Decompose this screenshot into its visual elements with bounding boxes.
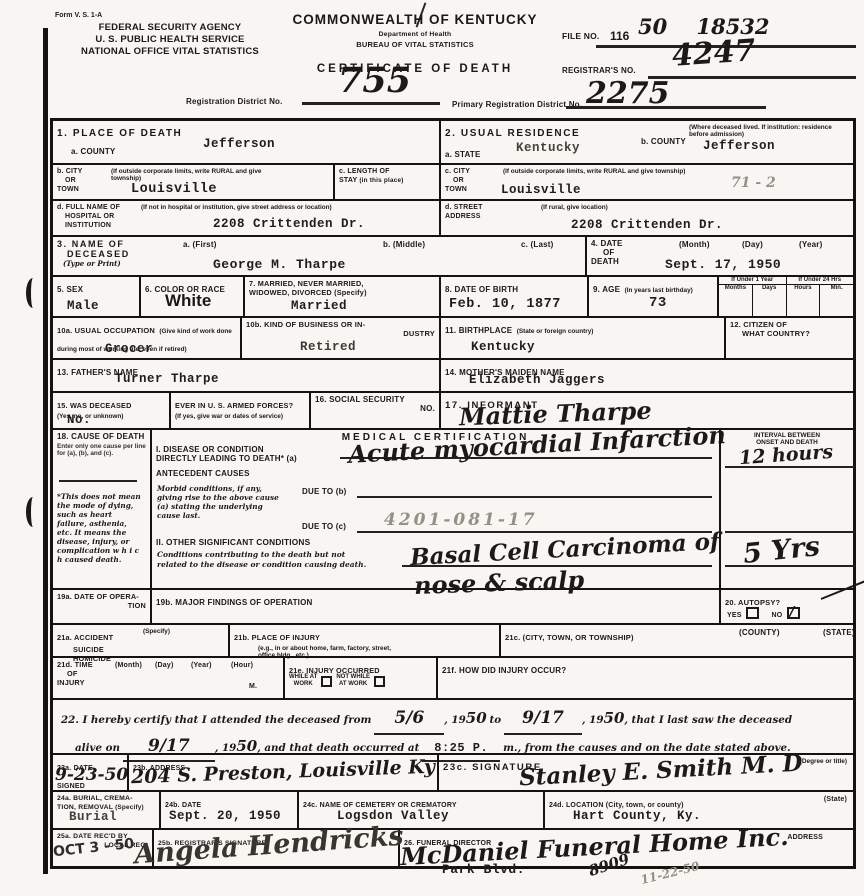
hospital-note: (If not in hospital or institution, give… [141,204,401,211]
hours-label: Hours [786,285,820,316]
autopsy-yes-label: YES [727,612,742,619]
file-no-label: FILE NO. [562,32,600,41]
field-interval: INTERVAL BETWEEN ONSET AND DEATH 12 hour… [719,430,853,588]
death-certificate-document: Form V. S. 1-A FEDERAL SECURITY AGENCY U… [0,0,864,896]
dod-label-1: 4. DATE [591,239,622,248]
cause-title: 18. CAUSE OF DEATH [57,432,146,441]
field-age-subboxes: If Under 1 Year If Under 24 Hrs Months D… [717,277,853,316]
months-label: Months [719,285,752,316]
burial-note: (Specify) [115,804,144,811]
operation-date-label-1: 19a. DATE OF OPERA- [57,592,146,601]
length-of-stay-note: (in this place) [359,177,403,184]
field-address-signed: 23b. ADDRESS 204 S. Preston, Louisville … [127,755,437,790]
scan-mark [26,497,40,527]
city-label-1: b. CITY [57,167,83,176]
field-burial-type: 24a. BURIAL, CREMA- TION, REMOVAL (Speci… [53,792,159,828]
address-signed-value: 204 S. Preston, Louisville Ky [131,756,436,789]
primary-district-line [566,106,766,109]
field-date-signed: 23a. DATE SIGNED 9-23-50 [53,755,127,790]
county-label: a. COUNTY [71,147,115,156]
dob-label: 8. DATE OF BIRTH [445,285,518,294]
field-usual-residence: 2. USUAL RESIDENCE (Where deceased lived… [439,121,853,163]
time-injury-label-2: OF [67,669,93,678]
state-value: Kentucky [516,141,580,155]
due-to-b-line [357,496,712,498]
row-father-mother: 13. FATHER'S NAME Turner Tharpe 14. MOTH… [53,358,853,391]
not-while-at-work-label-1: NOT WHILE [336,674,370,681]
field-date-of-operation: 19a. DATE OF OPERA- TION [53,590,150,623]
not-while-at-work-checkbox [374,676,385,687]
dept-line: Department of Health [270,30,560,39]
autopsy-no-checkbox: / [787,607,800,619]
title-block: COMMONWEALTH OF KENTUCKY Department of H… [270,12,560,75]
middle-name-label: b. (Middle) [383,240,425,249]
row-cause-of-death: 18. CAUSE OF DEATH Enter only one cause … [53,428,853,588]
dod-month-label: (Month) [679,240,710,249]
row-hospital-street: d. FULL NAME OF HOSPITAL OR INSTITUTION … [53,199,853,235]
industry-value: Retired [300,340,356,354]
name-sub-label: (Type or Print) [63,259,130,268]
certificate-form: 1. PLACE OF DEATH a. COUNTY Jefferson 2.… [50,118,856,869]
primary-district-label: Primary Registration District No. [452,100,582,109]
time-injury-label-1: 21d. TIME [57,660,93,669]
field-citizen: 12. CITIZEN OF WHAT COUNTRY? [724,318,853,358]
dod-day-label: (Day) [742,240,763,249]
field-autopsy: 20. AUTOPSY? YES NO / [719,590,853,623]
name-label-1: 3. NAME OF [57,239,130,249]
under-1-year-label: If Under 1 Year [719,277,787,284]
row-accident-placeofinjury: 21a. ACCIDENT (Specify) SUICIDE HOMICIDE… [53,623,853,656]
place-of-death-title: 1. PLACE OF DEATH [57,128,182,139]
due-to-b-label: DUE TO (b) [302,487,347,496]
hospital-label-3: INSTITUTION [65,221,120,230]
hospital-label-2: HOSPITAL OR [65,212,120,221]
certify-text-4: , 19 [582,714,604,726]
marital-value: Married [291,299,347,313]
length-of-stay-label: c. LENGTH OF [339,167,435,176]
other-conditions-note-2: related to the disease or condition caus… [157,560,366,569]
city-value: Louisville [131,182,217,197]
row-registrar-funeral: 25a. DATE REC'D BY LOCAL REG. OCT 3 - 50… [53,828,853,866]
field-medical-certification: MEDICAL CERTIFICATION I. DISEASE OR COND… [150,430,719,588]
time-injury-label-3: INJURY [57,678,93,687]
hospital-value: 2208 Crittenden Dr. [213,217,365,231]
street-label-1: d. STREET [445,203,483,212]
hospital-label-1: d. FULL NAME OF [57,203,120,212]
age-value: 73 [649,295,667,311]
industry-label-1: 10b. KIND OF BUSINESS OR IN- [246,320,435,329]
burial-location-state-label: (State) [824,795,847,804]
ssn-label-1: 16. SOCIAL SECURITY [315,395,435,404]
document-title: COMMONWEALTH OF KENTUCKY [270,12,560,27]
interval-label-1: INTERVAL BETWEEN [725,432,849,439]
state-label: a. STATE [445,150,481,159]
certify-text-2: , 19 [444,714,466,726]
field-injury-city: 21c. (CITY, TOWN, OR TOWNSHIP) (COUNTY) … [499,625,853,656]
race-value: White [165,291,211,311]
agency-block: FEDERAL SECURITY AGENCY U. S. PUBLIC HEA… [55,22,285,58]
field-ssn: 16. SOCIAL SECURITY NO. [309,393,439,428]
burial-location-value: Hart County, Ky. [573,809,701,823]
dob-value: Feb. 10, 1877 [449,297,561,312]
name-label-2: DECEASED [67,249,130,259]
certificate-title: CERTIFICATE OF DEATH [270,63,560,75]
residence-county-value: Jefferson [703,139,775,153]
field-armed-forces-left: 15. WAS DECEASED (Yes, no, or unknown) N… [53,393,169,428]
due-to-c-value: 4201-081-17 [384,510,538,530]
agency-line-3: NATIONAL OFFICE VITAL STATISTICS [55,46,285,58]
row-place-residence-top: 1. PLACE OF DEATH a. COUNTY Jefferson 2.… [53,121,853,163]
cause-footnote: *This does not mean the mode of dying, s… [57,492,143,564]
registrar-no-label: REGISTRAR'S NO. [562,66,636,75]
field-sex: 5. SEX Male [53,277,139,316]
field-length-of-stay: c. LENGTH OF STAY (in this place) [333,165,439,199]
interval-line-2 [725,531,855,533]
scan-edge-artifact [43,28,48,874]
county-value: Jefferson [203,137,275,151]
occupation-value: Grocer [105,342,153,356]
street-label-2: ADDRESS [445,212,483,221]
while-at-work-label-2: WORK [289,681,317,688]
row-timeofinjury-how: 21d. TIME OF INJURY (Month) (Day) (Year)… [53,656,853,698]
armed-forces-label-2: EVER IN U. S. ARMED FORCES? [175,401,293,410]
injury-city-label: 21c. (CITY, TOWN, OR TOWNSHIP) [505,633,634,642]
row-burial: 24a. BURIAL, CREMA- TION, REMOVAL (Speci… [53,790,853,828]
time-injury-day: (Day) [155,661,174,670]
residence-city-value: Louisville [501,183,581,197]
autopsy-no-label: NO [772,612,783,619]
field-name-of-deceased: 3. NAME OF DECEASED (Type or Print) a. (… [53,237,585,275]
registrar-no-line [648,76,856,79]
due-to-c-label: DUE TO (c) [302,522,346,531]
certify-to-year: 50 [604,709,625,727]
while-at-work-label-1: WHILE AT [289,674,317,681]
last-name-label: c. (Last) [521,240,553,249]
field-age: 9. AGE (In years last birthday) 73 [587,277,717,316]
field-street-address: d. STREET ADDRESS (If rural, give locati… [439,201,853,235]
burial-date-value: Sept. 20, 1950 [169,809,281,823]
residence-city-label-1: c. CITY [445,167,470,176]
while-at-work-checkbox [321,676,332,687]
cause-divider [59,480,137,482]
residence-city-label-2: OR [453,176,470,185]
morbid-note: Morbid conditions, if any, giving rise t… [157,484,285,520]
time-injury-month: (Month) [115,661,142,670]
burial-location-label: 24d. LOCATION (City, town, or county) [549,802,684,809]
field-father-name: 13. FATHER'S NAME Turner Tharpe [53,360,439,391]
field-place-of-injury: 21b. PLACE OF INJURY (e.g., in or about … [228,625,499,656]
sex-label: 5. SEX [57,285,83,294]
mother-value: Elizabeth Jaggers [469,373,605,387]
min-label: Min. [819,285,853,316]
occupation-label: 10a. USUAL OCCUPATION [57,326,155,335]
registrar-no-handwritten: 4247 [671,33,757,74]
certify-text-1: 22. I hereby certify that I attended the… [61,714,371,726]
interval-line-1 [725,466,855,468]
burial-date-label: 24b. DATE [165,802,201,809]
field-mother-name: 14. MOTHER'S MAIDEN NAME Elizabeth Jagge… [439,360,853,391]
armed-forces-note-2: (If yes, give war or dates of service) [175,413,305,420]
field-color-race: 6. COLOR OR RACE White [139,277,243,316]
registration-district-line [302,102,440,105]
marital-label-1: 7. MARRIED, NEVER MARRIED, [249,279,435,288]
registration-district-handwritten: 755 [338,60,411,101]
row-occupation-birthplace: 10a. USUAL OCCUPATION (Give kind of work… [53,316,853,358]
dod-value: Sept. 17, 1950 [665,257,781,272]
interval-line-3 [725,565,855,567]
under-24-hrs-label: If Under 24 Hrs [787,277,854,284]
field-industry: 10b. KIND OF BUSINESS OR IN- DUSTRY Reti… [240,318,439,358]
first-name-label: a. (First) [183,240,217,249]
citizen-label-1: 12. CITIZEN OF [730,320,849,329]
citizen-label-2: WHAT COUNTRY? [742,329,849,338]
field-city-of-death: b. CITY OR TOWN (If outside corporate li… [53,165,333,199]
accident-label-2: SUICIDE [73,645,224,654]
field-armed-forces-right: EVER IN U. S. ARMED FORCES? (If yes, giv… [169,393,309,428]
other-conditions-value-2: nose & scalp [414,565,585,600]
signature-value: Stanley E. Smith M. D [518,750,803,792]
field-occupation: 10a. USUAL OCCUPATION (Give kind of work… [53,318,240,358]
burial-value: Burial [69,810,117,824]
birthplace-value: Kentucky [471,340,535,354]
row-signed: 23a. DATE SIGNED 9-23-50 23b. ADDRESS 20… [53,753,853,790]
usual-residence-title: 2. USUAL RESIDENCE [445,128,580,139]
agency-line-2: U. S. PUBLIC HEALTH SERVICE [55,34,285,46]
field-injury-occurred: 21e. INJURY OCCURRED WHILE AT WORK NOT W… [283,658,436,698]
row-armedforces-ssn-informant: 15. WAS DECEASED (Yes, no, or unknown) N… [53,391,853,428]
registrar-signature-value: Angela Hendricks [133,821,404,871]
injury-county-label: (COUNTY) [739,628,780,637]
cause-instructions: Enter only one cause per line for (a), (… [57,443,146,457]
row-certification-statement: 22. I hereby certify that I attended the… [53,698,853,753]
father-value: Turner Tharpe [115,372,219,386]
field-registrar-signature: 25b. REGISTRAR'S SIGNATURE Angela Hendri… [152,830,398,866]
row-city-town: b. CITY OR TOWN (If outside corporate li… [53,163,853,199]
armed-forces-value: No. [67,413,91,427]
burial-label-1: 24a. BURIAL, CREMA- [57,794,155,803]
city-label-3: TOWN [57,185,83,194]
field-certification: 22. I hereby certify that I attended the… [53,700,853,753]
form-number: Form V. S. 1-A [55,12,102,19]
place-of-injury-label: 21b. PLACE OF INJURY [234,633,320,642]
how-injury-label: 21f. HOW DID INJURY OCCUR? [442,666,566,675]
file-no-printed: 116 [610,29,629,43]
date-signed-value: 9-23-50 [55,765,128,785]
field-cause-notes: 18. CAUSE OF DEATH Enter only one cause … [53,430,150,588]
dod-label-3: DEATH [591,257,622,266]
cemetery-label: 24c. NAME OF CEMETERY OR CREMATORY [303,802,457,809]
age-note: (In years last birthday) [625,287,693,294]
field-cemetery: 24c. NAME OF CEMETERY OR CREMATORY Logsd… [297,792,543,828]
row-sex-race-marital-birth-age: 5. SEX Male 6. COLOR OR RACE White 7. MA… [53,275,853,316]
field-burial-location: 24d. LOCATION (City, town, or county) (S… [543,792,853,828]
accident-label-1: 21a. ACCIDENT [57,633,113,642]
row-name-dateofdeath: 3. NAME OF DECEASED (Type or Print) a. (… [53,235,853,275]
field-accident-suicide: 21a. ACCIDENT (Specify) SUICIDE HOMICIDE [53,625,228,656]
city-label-2: OR [65,176,83,185]
residence-city-label-3: TOWN [445,185,470,194]
field-marital-status: 7. MARRIED, NEVER MARRIED, WIDOWED, DIVO… [243,277,439,316]
funeral-address-label: ADDRESS [787,833,823,842]
armed-forces-label-1: 15. WAS DECEASED [57,401,132,410]
street-note: (If rural, give location) [541,204,608,211]
industry-label-2: DUSTRY [246,329,435,338]
certify-text-5: , that I last saw the deceased [624,714,792,726]
time-injury-hour: (Hour) [231,661,253,670]
residence-county-label: b. COUNTY [641,137,686,146]
street-value: 2208 Crittenden Dr. [571,218,723,232]
not-while-at-work-label-2: AT WORK [336,681,370,688]
residence-city-pencil-note: 71 - 2 [731,175,776,191]
city-note: (If outside corporate limits, write RURA… [111,168,281,182]
certify-from-date: 5/6 [394,708,424,728]
autopsy-no-checkmark: / [789,603,794,621]
other-conditions-note-1: Conditions contributing to the death but… [157,550,345,559]
sex-value: Male [67,299,99,313]
dod-year-label: (Year) [799,240,822,249]
field-burial-date: 24b. DATE Sept. 20, 1950 [159,792,297,828]
marital-label-2: WIDOWED, DIVORCED (Specify) [249,288,435,297]
agency-line-1: FEDERAL SECURITY AGENCY [55,22,285,34]
residence-city-note: (If outside corporate limits, write RURA… [503,168,763,175]
dod-label-2: OF [603,248,622,257]
certify-text-3: to [490,714,502,726]
accident-note: (Specify) [143,628,170,635]
length-of-stay-label2: STAY [339,177,357,184]
field-informant: 17. INFORMANT Mattie Tharpe [439,393,853,428]
signature-degree-label: (Degree or title) [800,758,847,765]
major-findings-label: 19b. MAJOR FINDINGS OF OPERATION [156,598,313,607]
name-value: George M. Tharpe [213,257,346,272]
field-signature: 23c. SIGNATURE (Degree or title) Stanley… [437,755,853,790]
field-how-injury-occurred: 21f. HOW DID INJURY OCCUR? [436,658,853,698]
field-date-of-birth: 8. DATE OF BIRTH Feb. 10, 1877 [439,277,587,316]
birthplace-label: 11. BIRTHPLACE [445,326,512,335]
bureau-line: BUREAU OF VITAL STATISTICS [270,40,560,49]
time-injury-meridiem: M. [249,682,257,691]
antecedent-label: ANTECEDENT CAUSES [156,469,715,478]
scan-mark [26,278,40,308]
certify-from-year: 50 [466,709,487,727]
age-label: 9. AGE [593,285,620,294]
field-place-of-death: 1. PLACE OF DEATH a. COUNTY Jefferson [53,121,439,163]
time-injury-year: (Year) [191,661,212,670]
other-conditions-title: II. OTHER SIGNIFICANT CONDITIONS [156,538,310,547]
certify-to-date: 9/17 [522,708,564,728]
field-hospital: d. FULL NAME OF HOSPITAL OR INSTITUTION … [53,201,439,235]
registration-district-label: Registration District No. [186,97,283,106]
injury-state-label: (STATE) [823,628,855,637]
birthplace-note: (State or foreign country) [517,328,594,335]
field-date-of-death: 4. DATE OF DEATH (Month) (Day) (Year) Se… [585,237,853,275]
operation-date-label-2: TION [57,601,146,610]
field-residence-city: c. CITY OR TOWN (If outside corporate li… [439,165,853,199]
field-birthplace: 11. BIRTHPLACE (State or foreign country… [439,318,724,358]
ssn-label-2: NO. [315,404,435,413]
autopsy-yes-checkbox [746,607,759,619]
usual-residence-note: (Where deceased lived. If institution: r… [689,124,849,138]
field-time-of-injury: 21d. TIME OF INJURY (Month) (Day) (Year)… [53,658,283,698]
days-label: Days [752,285,786,316]
